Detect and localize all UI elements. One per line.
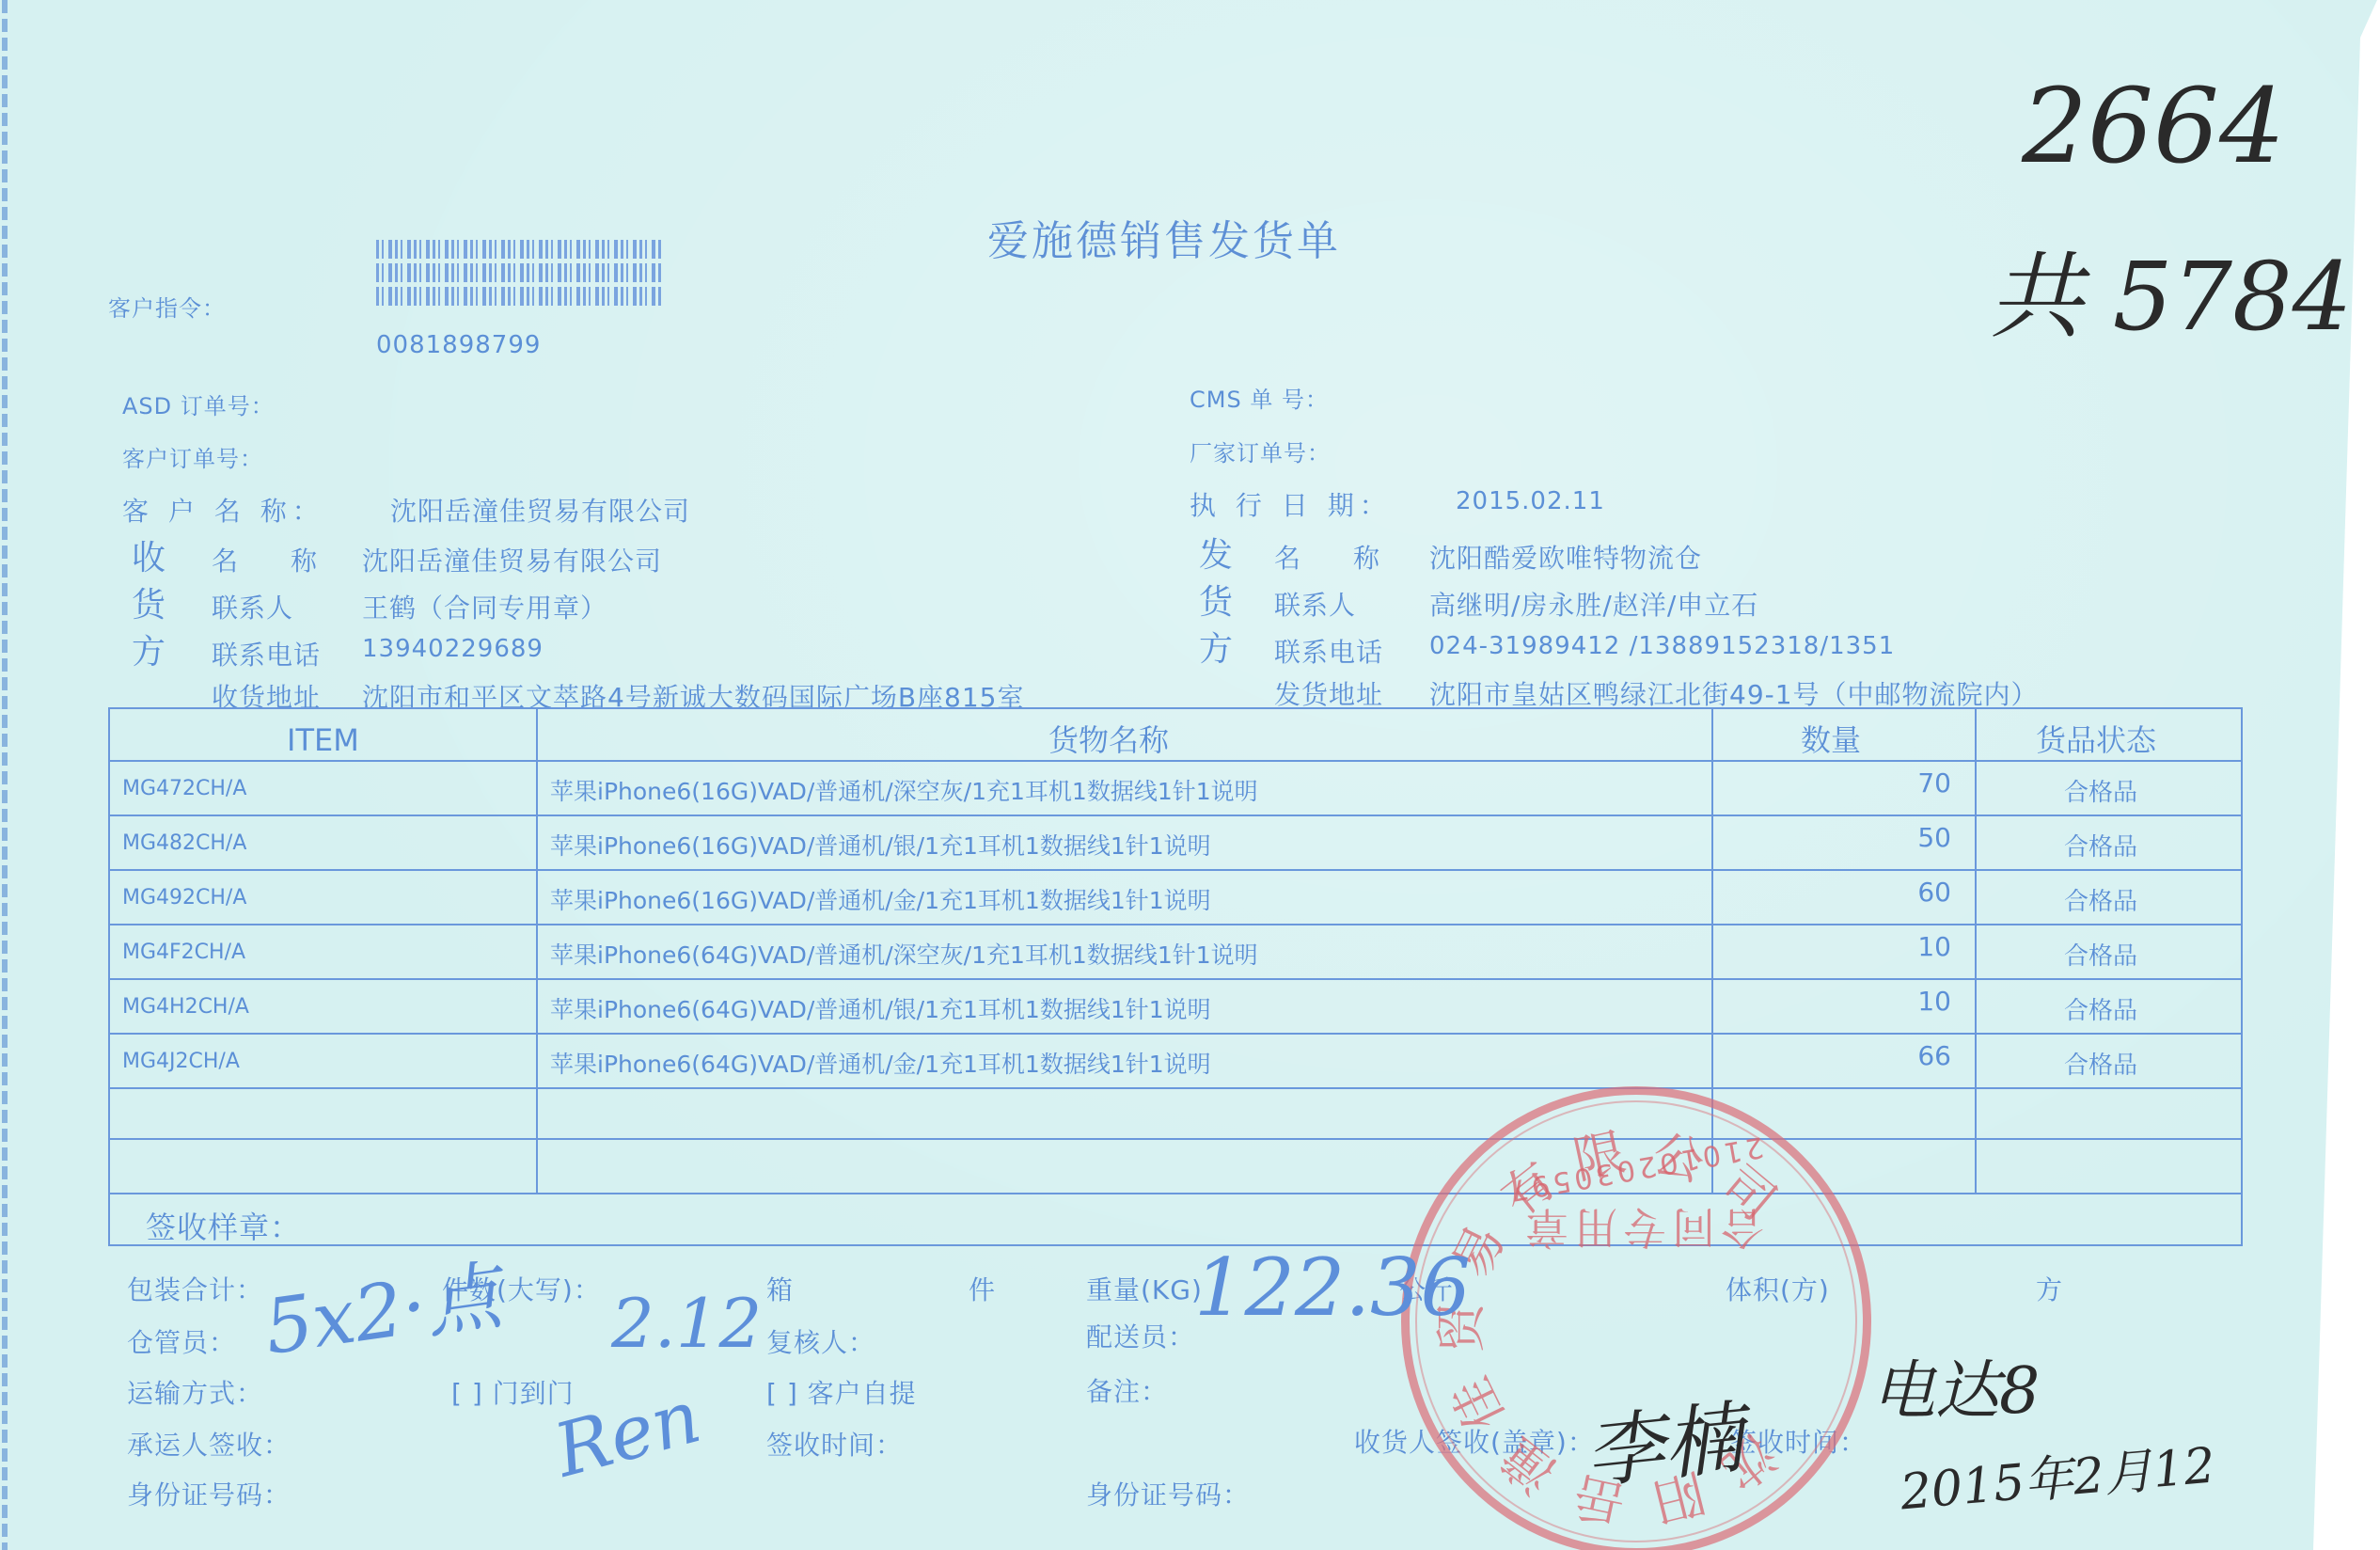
row-goods-name: 苹果iPhone6(16G)VAD/普通机/金/1充1耳机1数据线1针1说明 xyxy=(550,882,1211,916)
row-status: 合格品 xyxy=(2064,1046,2137,1081)
receiver-phone: 13940229689 xyxy=(362,635,544,663)
reviewer-label: 复核人： xyxy=(766,1322,875,1360)
weight-label: 重量(KG) xyxy=(1086,1270,1203,1307)
handwritten-receiver-note: 电达8 xyxy=(1871,1340,2040,1431)
table-header-status: 货品状态 xyxy=(2036,717,2156,760)
delivery-note-paper: 爱施德销售发货单 客户指令： 0081898799 ASD 订单号： 客户订单号… xyxy=(0,0,2380,1550)
left-perforation xyxy=(2,0,8,1550)
receiver-side-char-2: 货 xyxy=(132,578,166,626)
row-status: 合格品 xyxy=(2064,991,2137,1026)
volume-unit: 方 xyxy=(2036,1270,2063,1307)
table-row-divider xyxy=(108,978,2243,980)
row-status: 合格品 xyxy=(2064,882,2137,917)
package-total-label: 包装合计： xyxy=(127,1270,263,1307)
barcode-number: 0081898799 xyxy=(376,331,541,359)
seal-center-char: 合 xyxy=(1721,1199,1764,1261)
row-quantity: 50 xyxy=(1838,822,1951,853)
sender-address-label: 发货地址 xyxy=(1274,674,1383,712)
signature-sample-label: 签收样章： xyxy=(146,1204,301,1247)
row-item-code: MG472CH/A xyxy=(122,777,246,800)
right-perforation xyxy=(2368,122,2373,357)
customer-name-label: 客 户 名 称： xyxy=(122,491,324,529)
row-quantity: 10 xyxy=(1838,931,1951,962)
factory-order-label: 厂家订单号： xyxy=(1190,435,1331,467)
piece-label: 件 xyxy=(969,1270,996,1307)
receiver-name: 沈阳岳潼佳贸易有限公司 xyxy=(362,541,662,578)
receiver-contact-label: 联系人 xyxy=(212,588,293,625)
seal-center-char: 同 xyxy=(1672,1199,1715,1261)
row-goods-name: 苹果iPhone6(64G)VAD/普通机/银/1充1耳机1数据线1针1说明 xyxy=(550,991,1211,1025)
execution-date-label: 执 行 日 期： xyxy=(1190,485,1392,523)
row-quantity: 66 xyxy=(1838,1040,1951,1071)
row-quantity: 70 xyxy=(1838,767,1951,799)
seal-center-char: 用 xyxy=(1574,1199,1617,1261)
barcode xyxy=(376,240,663,310)
receiver-contact: 王鹤（合同专用章） xyxy=(362,588,607,625)
row-status: 合格品 xyxy=(2064,937,2137,972)
sign-time-label: 签收时间： xyxy=(766,1425,903,1463)
carrier-sign-label: 承运人签收： xyxy=(127,1425,291,1463)
warehouse-keeper-label: 仓管员： xyxy=(127,1322,236,1360)
table-column-divider xyxy=(1975,707,1977,1193)
customer-instruction-label: 客户指令： xyxy=(108,290,226,323)
sender-contact-label: 联系人 xyxy=(1274,585,1356,623)
row-item-code: MG492CH/A xyxy=(122,886,246,909)
row-goods-name: 苹果iPhone6(16G)VAD/普通机/银/1充1耳机1数据线1针1说明 xyxy=(550,828,1211,862)
row-goods-name: 苹果iPhone6(16G)VAD/普通机/深空灰/1充1耳机1数据线1针1说明 xyxy=(550,773,1258,807)
row-item-code: MG4H2CH/A xyxy=(122,995,249,1019)
row-item-code: MG4F2CH/A xyxy=(122,941,245,964)
table-row-divider xyxy=(108,924,2243,925)
sender-address: 沈阳市皇姑区鸭绿江北街49-1号（中邮物流院内） xyxy=(1429,674,2039,712)
sender-name-label: 名 称 xyxy=(1274,538,1393,576)
handwritten-receiver-signature: 李楠 xyxy=(1579,1375,1748,1505)
handwritten-package-total: 5x2·点 xyxy=(257,1235,507,1375)
handwritten-receive-date: 2015年2月12 xyxy=(1897,1426,2217,1524)
delivery-person-label: 配送员： xyxy=(1086,1317,1195,1354)
row-item-code: MG482CH/A xyxy=(122,831,246,855)
receiver-side-char-3: 方 xyxy=(132,625,166,673)
asd-order-label: ASD 订单号： xyxy=(122,387,275,420)
self-pickup-checkbox[interactable]: [ ] 客户自提 xyxy=(766,1373,917,1411)
sender-side-char-3: 方 xyxy=(1199,623,1234,671)
row-goods-name: 苹果iPhone6(64G)VAD/普通机/深空灰/1充1耳机1数据线1针1说明 xyxy=(550,937,1258,971)
row-item-code: MG4J2CH/A xyxy=(122,1050,240,1073)
table-row-divider xyxy=(108,1087,2243,1089)
table-header-goods-name: 货物名称 xyxy=(1048,717,1169,760)
row-quantity: 10 xyxy=(1838,986,1951,1017)
seal-center-char: 章 xyxy=(1525,1199,1568,1261)
receiver-name-label: 名 称 xyxy=(212,541,330,578)
remark-label: 备注： xyxy=(1086,1371,1168,1409)
execution-date-value: 2015.02.11 xyxy=(1456,487,1605,515)
row-status: 合格品 xyxy=(2064,828,2137,862)
row-status: 合格品 xyxy=(2064,773,2137,808)
document-title: 爱施德销售发货单 xyxy=(987,207,1341,267)
handwritten-top-number: 2664 xyxy=(2022,66,2285,186)
table-column-divider xyxy=(536,707,538,1193)
sender-contact: 高继明/房永胜/赵洋/申立石 xyxy=(1429,585,1758,623)
receiver-side-char-1: 收 xyxy=(132,531,166,579)
transport-method-label: 运输方式： xyxy=(127,1373,263,1411)
table-header-item: ITEM xyxy=(287,722,359,758)
seal-center-char: 专 xyxy=(1623,1199,1666,1261)
id-number-label-right: 身份证号码： xyxy=(1086,1475,1250,1512)
handwritten-weight: 122.36 xyxy=(1194,1242,1471,1334)
receiver-phone-label: 联系电话 xyxy=(212,635,321,672)
customer-order-label: 客户订单号： xyxy=(122,440,263,473)
id-number-label-left: 身份证号码： xyxy=(127,1475,291,1512)
sender-side-char-1: 发 xyxy=(1199,529,1234,577)
table-row-divider xyxy=(108,815,2243,816)
customer-name-value: 沈阳岳潼佳贸易有限公司 xyxy=(390,491,690,529)
row-goods-name: 苹果iPhone6(64G)VAD/普通机/金/1充1耳机1数据线1针1说明 xyxy=(550,1046,1211,1080)
table-row-divider xyxy=(108,1138,2243,1140)
cms-order-label: CMS 单 号： xyxy=(1190,381,1329,414)
handwritten-total: 共 5784 xyxy=(1989,221,2352,356)
table-row-divider xyxy=(108,1033,2243,1035)
box-label: 箱 xyxy=(766,1270,794,1307)
row-quantity: 60 xyxy=(1838,877,1951,908)
table-row-divider xyxy=(108,869,2243,871)
table-row-divider xyxy=(108,760,2243,762)
sender-phone: 024-31989412 /13889152318/1351 xyxy=(1429,632,1895,660)
handwritten-count: 2.12 xyxy=(611,1284,762,1363)
door-to-door-checkbox[interactable]: [ ] 门到门 xyxy=(451,1373,575,1411)
table-header-quantity: 数量 xyxy=(1801,717,1861,760)
table-row-divider xyxy=(108,1193,2243,1194)
sender-phone-label: 联系电话 xyxy=(1274,632,1383,670)
sender-name: 沈阳酷爱欧唯特物流仓 xyxy=(1429,538,1702,576)
sender-side-char-2: 货 xyxy=(1199,576,1234,624)
